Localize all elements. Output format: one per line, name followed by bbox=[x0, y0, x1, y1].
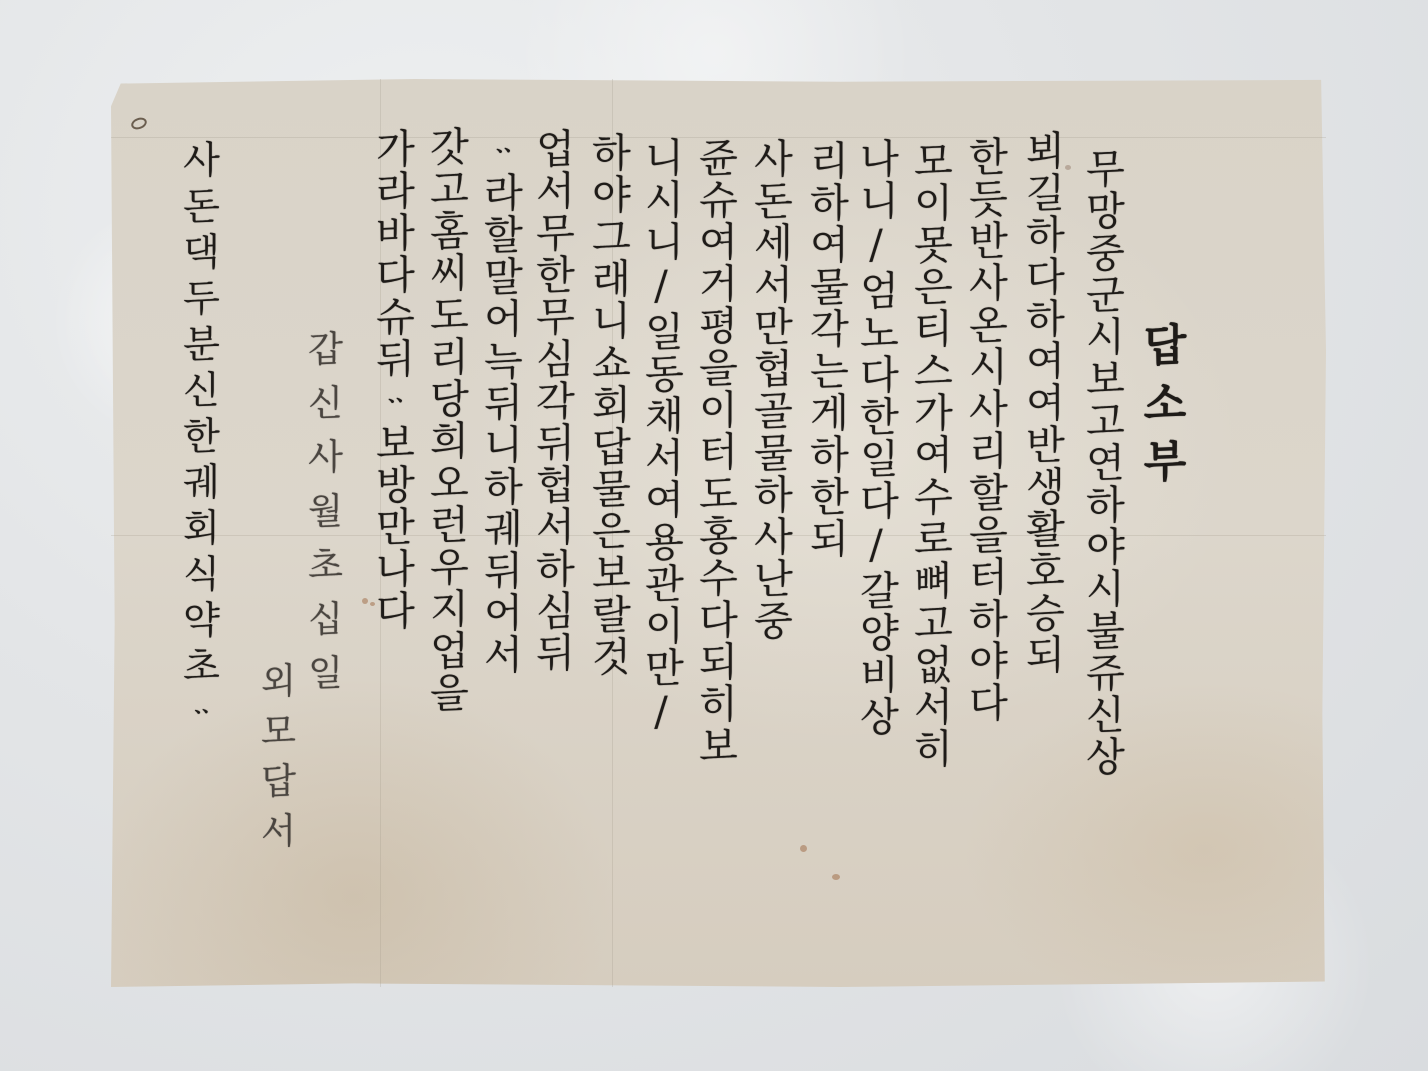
letter-column-12: ᆢ라할말어늑뒤니하궤뒤어서 bbox=[480, 129, 520, 676]
paper-stain bbox=[832, 874, 840, 880]
letter-column-4: 모이못은티스가여수로뼈고없서히 bbox=[910, 139, 950, 770]
paper-stain bbox=[362, 598, 368, 604]
letter-closing: 사돈댁두분신한궤회식약초ᆢ bbox=[179, 139, 217, 738]
letter-column-14: 가라바다슈뒤ᆢ보방만나다 bbox=[372, 127, 412, 632]
paper-stain bbox=[800, 845, 807, 852]
letter-column-8: 쥰슈여거평을이터도홍수다되히보 bbox=[695, 136, 735, 767]
letter-date: 갑신사월초십일 bbox=[304, 329, 340, 708]
letter-column-11: 업서무한무심각뒤헙서하심뒤 bbox=[532, 127, 572, 674]
letter-column-2: 뵈길하다하여여반생활호승되 bbox=[1022, 129, 1062, 676]
letter-column-9: 니시니/일동채서여용관이만/ bbox=[641, 136, 681, 737]
letter-column-6: 리하여물각는게하한되 bbox=[806, 139, 846, 560]
letter-column-1: 무망중군시보고연하야시불쥬신상 bbox=[1082, 147, 1122, 778]
letter-column-3: 한듯반사온시사리할을터하야다 bbox=[965, 135, 1005, 724]
letter-signature: 외모답서 bbox=[257, 661, 293, 862]
letter-column-10: 하야그래니쇼회답물은보랄것 bbox=[588, 131, 628, 678]
letter-column-5: 나니/엄노다한일다/갈양비상 bbox=[856, 137, 896, 738]
letter-title: 답소부 bbox=[1138, 321, 1182, 497]
letter-column-13: 갓고홈씨도리당희오런우지업을 bbox=[426, 125, 466, 714]
paper-stain bbox=[1065, 165, 1071, 170]
letter-column-7: 사돈세서만헙골물하사난중 bbox=[750, 137, 790, 642]
